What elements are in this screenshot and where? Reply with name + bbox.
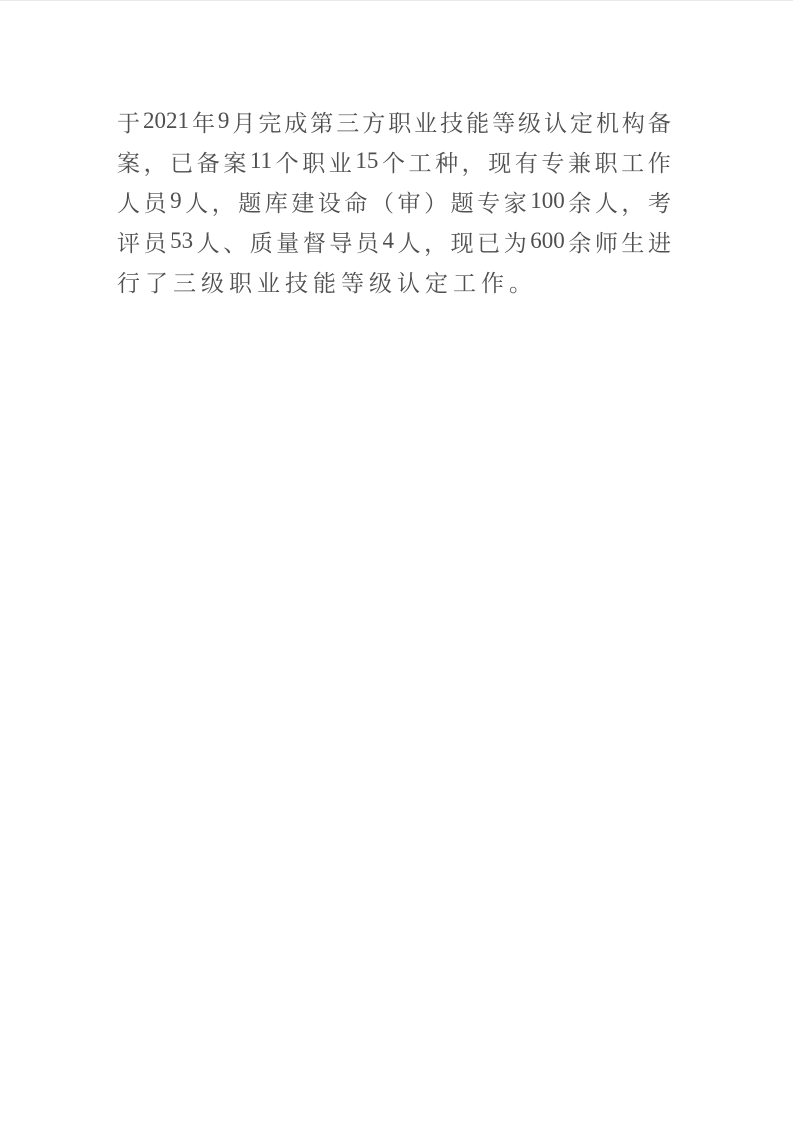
- text-token: 师: [595, 225, 618, 258]
- text-token: 专: [541, 145, 564, 178]
- text-token: 认: [397, 265, 420, 298]
- text-token: 技: [440, 105, 463, 138]
- text-token: 案: [223, 145, 246, 178]
- text-token: 15: [355, 148, 378, 174]
- text-token: ，: [144, 145, 167, 178]
- text-token: 人: [117, 185, 140, 218]
- text-token: 成: [284, 105, 307, 138]
- text-token: 家: [504, 185, 527, 218]
- text-token: 评: [117, 225, 140, 258]
- text-token: 于: [117, 105, 140, 138]
- text-token: 等: [341, 265, 364, 298]
- paragraph-line: 案，已备案11个职业15个工种，现有专兼职工作: [117, 141, 671, 181]
- text-token: 兼: [568, 145, 591, 178]
- paragraph-line: 人员9人，题库建设命（审）题专家100余人，考: [117, 181, 671, 221]
- text-token: 员: [144, 225, 167, 258]
- text-token: 个: [382, 145, 405, 178]
- text-token: 行: [117, 265, 140, 298]
- text-token: 能: [466, 105, 489, 138]
- text-token: 职: [229, 265, 252, 298]
- text-token: 9: [218, 108, 230, 134]
- text-token: 导: [329, 225, 352, 258]
- paragraph-line: 行了三级职业技能等级认定工作。: [117, 261, 671, 301]
- text-token: 工: [409, 145, 432, 178]
- text-token: 9: [170, 188, 182, 214]
- document-page: 于2021年9月完成第三方职业技能等级认定机构备案，已备案11个职业15个工种，…: [0, 0, 793, 1122]
- text-token: 职: [388, 105, 411, 138]
- paragraph-line: 于2021年9月完成第三方职业技能等级认定机构备: [117, 101, 671, 141]
- text-token: 职: [595, 145, 618, 178]
- text-token: 专: [477, 185, 500, 218]
- text-token: 。: [509, 265, 532, 298]
- text-token: 工: [453, 265, 476, 298]
- text-token: 审: [398, 185, 421, 218]
- text-token: 已: [170, 145, 193, 178]
- text-token: 员: [144, 185, 167, 218]
- text-token: （: [371, 185, 394, 218]
- text-token: 53: [170, 228, 193, 254]
- text-token: 余: [568, 185, 591, 218]
- text-token: 2021: [143, 108, 189, 134]
- text-token: 人: [197, 225, 220, 258]
- text-token: 级: [518, 105, 541, 138]
- text-token: 进: [648, 225, 671, 258]
- text-token: 认: [544, 105, 567, 138]
- text-token: 设: [318, 185, 341, 218]
- text-token: 人: [595, 185, 618, 218]
- text-token: 案: [117, 145, 140, 178]
- text-token: ，: [621, 185, 644, 218]
- text-token: 第: [310, 105, 333, 138]
- text-token: 现: [451, 225, 474, 258]
- text-token: ，: [424, 225, 447, 258]
- text-token: 600: [530, 228, 565, 254]
- text-token: 三: [336, 105, 359, 138]
- text-token: 方: [362, 105, 385, 138]
- text-token: 能: [313, 265, 336, 298]
- text-token: 级: [201, 265, 224, 298]
- text-token: 等: [492, 105, 515, 138]
- text-token: 量: [276, 225, 299, 258]
- text-token: 机: [596, 105, 619, 138]
- text-token: 备: [197, 145, 220, 178]
- text-token: 工: [621, 145, 644, 178]
- text-token: 定: [425, 265, 448, 298]
- text-token: 月: [232, 105, 255, 138]
- text-token: 业: [257, 265, 280, 298]
- text-token: 督: [303, 225, 326, 258]
- text-token: 11: [250, 148, 272, 174]
- text-token: 库: [265, 185, 288, 218]
- page-top-edge-line: [0, 0, 793, 1]
- text-token: ，: [212, 185, 235, 218]
- text-token: 人: [398, 225, 421, 258]
- text-token: 业: [414, 105, 437, 138]
- text-token: 完: [258, 105, 281, 138]
- text-token: 种: [435, 145, 458, 178]
- text-token: 生: [621, 225, 644, 258]
- text-token: 备: [648, 105, 671, 138]
- text-token: 技: [285, 265, 308, 298]
- text-token: 构: [622, 105, 645, 138]
- text-token: 为: [504, 225, 527, 258]
- text-token: 三: [173, 265, 196, 298]
- text-token: 定: [570, 105, 593, 138]
- text-token: 题: [451, 185, 474, 218]
- text-token: 员: [356, 225, 379, 258]
- paragraph-line: 评员53人、质量督导员4人，现已为600余师生进: [117, 221, 671, 261]
- text-token: 质: [250, 225, 273, 258]
- text-token: 建: [291, 185, 314, 218]
- text-token: 作: [481, 265, 504, 298]
- text-token: 余: [568, 225, 591, 258]
- text-token: ，: [462, 145, 485, 178]
- text-token: 100: [530, 188, 565, 214]
- text-token: 人: [185, 185, 208, 218]
- text-token: 命: [344, 185, 367, 218]
- text-token: 已: [477, 225, 500, 258]
- text-token: 题: [238, 185, 261, 218]
- text-token: 年: [192, 105, 215, 138]
- text-token: 了: [145, 265, 168, 298]
- text-token: 业: [329, 145, 352, 178]
- text-token: 现: [488, 145, 511, 178]
- text-token: 作: [648, 145, 671, 178]
- text-token: ）: [424, 185, 447, 218]
- text-token: 级: [369, 265, 392, 298]
- text-token: 考: [648, 185, 671, 218]
- text-token: 4: [382, 228, 394, 254]
- text-token: 职: [302, 145, 325, 178]
- text-token: 有: [515, 145, 538, 178]
- text-token: 个: [276, 145, 299, 178]
- body-paragraph: 于2021年9月完成第三方职业技能等级认定机构备案，已备案11个职业15个工种，…: [117, 101, 671, 301]
- text-token: 、: [223, 225, 246, 258]
